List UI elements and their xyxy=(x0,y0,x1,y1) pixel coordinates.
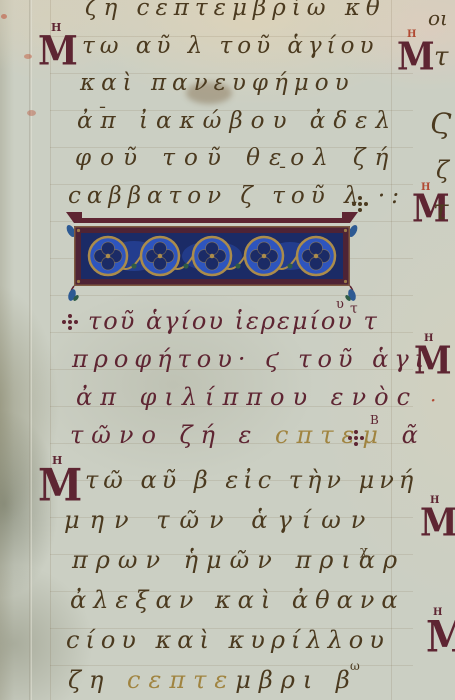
margin-text: Ϛ xyxy=(430,110,451,138)
text-segment: ᾶ xyxy=(386,421,426,449)
superscript-mark: τ xyxy=(350,302,358,316)
headpiece-top-rail xyxy=(76,218,348,223)
text-segment: ζη xyxy=(68,666,127,694)
text-line: ἀπ φιλίππου ενὸϲ xyxy=(60,378,430,416)
text-segment: ϲίου καὶ κυρίλλου xyxy=(66,626,390,654)
entry-rubric-entry: τοῦ ἁγίου ἱερεμίου τπροφήτου· ϛ τοῦ ἁγίἀ… xyxy=(60,302,430,454)
initial-letter: Μ xyxy=(38,31,78,71)
text-segment: ϲεπτε xyxy=(127,666,235,694)
red-fleck xyxy=(1,14,7,19)
text-line: φοῦ τοῦ θεολ ζή xyxy=(60,140,405,178)
text-line: καὶ πανευφήμου xyxy=(60,65,405,103)
parchment-crease xyxy=(29,0,32,700)
margin-initial: Μ xyxy=(426,616,455,659)
illuminated-headpiece xyxy=(62,210,362,306)
text-line: προφήτου· ϛ τοῦ ἁγί xyxy=(60,340,430,378)
cross-ornament-icon xyxy=(354,436,358,440)
margin-text: ζ xyxy=(436,158,449,182)
initial-superscript: Η xyxy=(424,334,433,344)
initial-superscript: Η xyxy=(407,30,416,40)
text-line: ζη ϲεπτεμβρίω κθ xyxy=(60,0,405,28)
superscript-mark: ω xyxy=(350,660,360,672)
text-segment: ἀλεξαν καὶ ἀθανα xyxy=(70,586,405,614)
superscript-mark: ¯ xyxy=(98,106,107,124)
text-line: μην τῶν ἁγίων xyxy=(60,500,418,540)
text-segment: φοῦ τοῦ θεολ ζή xyxy=(75,145,397,171)
text-segment: μην τῶν ἁγίων xyxy=(64,506,375,534)
cross-ornament-icon xyxy=(68,320,72,324)
text-segment: τῶ αῦ β εἰϲ τὴν μνή xyxy=(85,466,418,494)
margin-text: τ xyxy=(433,196,449,224)
text-segment: ἀπ ἰακώβου ἀδελ xyxy=(77,108,398,134)
text-line: τω αῦ λ τοῦ ἁγίου xyxy=(60,28,405,66)
initial-superscript: Η xyxy=(433,608,442,618)
text-line: ἀπ ἰακώβου ἀδελ xyxy=(60,103,405,141)
text-line: ϲαββατον ζ τοῦ λ ·: xyxy=(60,178,405,216)
text-segment: ζη ϲεπτεμβρίω κθ xyxy=(85,0,386,21)
text-segment: ἀπ φιλίππου ενὸϲ xyxy=(76,383,418,411)
margin-initial: Μ xyxy=(420,504,455,542)
text-segment: καὶ πανευφήμου xyxy=(80,70,355,96)
initial-letter: Μ xyxy=(38,464,82,509)
text-segment: ϲαββατον ζ τοῦ λ ·: xyxy=(68,183,405,209)
margin-initial: Μ xyxy=(414,342,452,380)
margin-text: τ xyxy=(434,44,448,70)
text-line: ϲίου καὶ κυρίλλου xyxy=(60,620,418,660)
margin-initial: Μ xyxy=(397,38,435,76)
manuscript-page: ζη ϲεπτεμβρίω κθτω αῦ λ τοῦ ἁγίουκαὶ παν… xyxy=(0,0,455,700)
entry-lower-entry: τῶ αῦ β εἰϲ τὴν μνήμην τῶν ἁγίωνπρων ἡμῶ… xyxy=(60,460,418,700)
text-line: τοῦ ἁγίου ἱερεμίου τ xyxy=(60,302,430,340)
superscript-mark: υ xyxy=(336,298,344,311)
cross-ornament-icon xyxy=(358,202,362,206)
text-segment: προφήτου· ϛ τοῦ ἁγί xyxy=(72,345,430,373)
text-line: ἀλεξαν καὶ ἀθανα xyxy=(60,580,418,620)
initial-superscript: Η xyxy=(52,455,62,466)
ruling-vertical-left xyxy=(50,0,51,700)
text-line: τῶ αῦ β εἰϲ τὴν μνή xyxy=(60,460,418,500)
superscript-mark: ¯ xyxy=(278,166,287,184)
initial-superscript: Η xyxy=(51,22,61,33)
text-segment: πρων ἡμῶν πριαρ xyxy=(72,546,405,574)
superscript-mark: χ xyxy=(360,545,368,558)
text-segment: τω αῦ λ τοῦ ἁγίου xyxy=(82,33,379,59)
text-segment: μβρι β xyxy=(235,666,358,694)
text-segment: τῶνο ζή ε xyxy=(70,421,275,449)
entry-upper-entry: ζη ϲεπτεμβρίω κθτω αῦ λ τοῦ ἁγίουκαὶ παν… xyxy=(60,0,405,215)
text-line: ζη ϲεπτεμβρι β xyxy=(60,660,418,700)
margin-text: · xyxy=(430,390,436,410)
superscript-mark: Β xyxy=(370,414,379,426)
margin-text: οι xyxy=(428,8,448,28)
initial-superscript: Η xyxy=(421,183,430,193)
initial-superscript: Η xyxy=(430,496,439,506)
